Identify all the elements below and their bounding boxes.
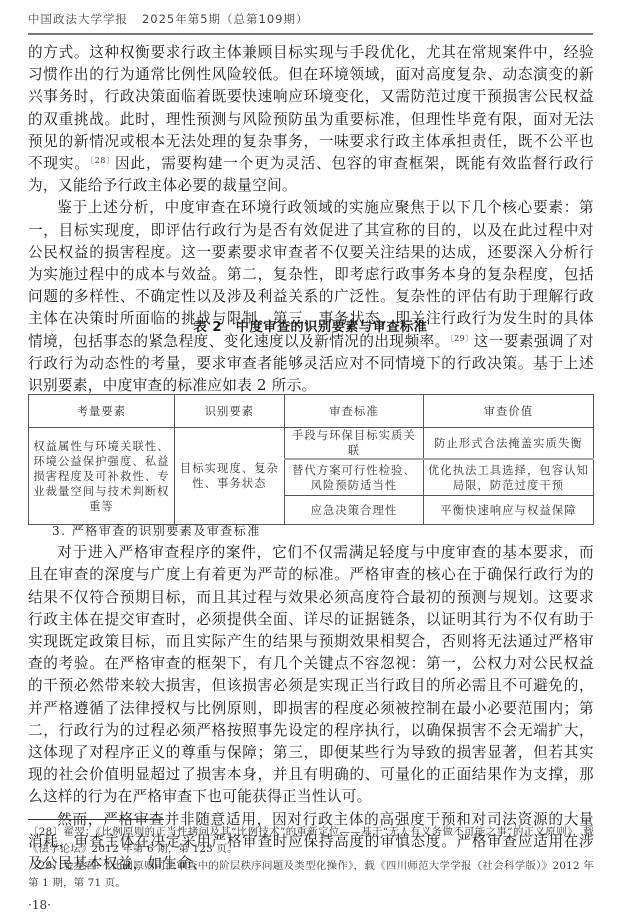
cell-consideration: 权益属性与环境关联性、环境公益保护强度、私益损害程度及可补救性、专业裁量空间与技…	[29, 428, 175, 525]
paragraph-2: 鉴于上述分析，中度审查在环境行政领域的实施应聚焦于以下几个核心要素：第一，目标实…	[28, 197, 594, 397]
paragraph-3: 对于进入严格审查程序的案件，它们不仅需满足轻度与中度审查的基本要求，而且在审查的…	[28, 542, 594, 808]
running-header: 中国政法大学学报 2025年第5期（总第109期）	[28, 11, 593, 33]
cell-value: 优化执法工具选择，包容认知局限，防范过度干预	[424, 459, 594, 496]
header-rule	[28, 33, 593, 35]
section-3: 3. 严格审查的识别要素及审查标准 对于进入严格审查程序的案件，它们不仅需满足轻…	[28, 520, 594, 875]
footnote-rule	[28, 819, 164, 820]
table-caption: 表 2 中度审查的识别要素与审查标准	[28, 316, 593, 335]
footnote-ref-28[interactable]: 〔28〕	[90, 156, 115, 165]
paragraph-1: 的方式。这种权衡要求行政主体兼顾目标实现与手段优化，尤其在常规案件中，经验习惯作…	[28, 42, 594, 197]
footnote-28: 〔28〕翟翌：《比例原则的正当性拷问及其“比例技术”的重新定位——基于“无人有义…	[28, 824, 594, 858]
cell-value: 防止形式合法掩盖实质失衡	[424, 428, 594, 460]
footnotes: 〔28〕翟翌：《比例原则的正当性拷问及其“比例技术”的重新定位——基于“无人有义…	[28, 824, 594, 892]
footnote-29: 〔29〕金龙君：《比例原则司法审查中的阶层秩序问题及类型化操作》，载《四川师范大…	[28, 858, 594, 892]
table-row: 权益属性与环境关联性、环境公益保护强度、私益损害程度及可补救性、专业裁量空间与技…	[29, 428, 594, 460]
header-consideration: 考量要素	[29, 395, 175, 428]
cell-identification: 目标实现度、复杂性、事务状态	[175, 428, 285, 525]
table-header-row: 考量要素 识别要素 审查标准 审查价值	[29, 395, 594, 428]
header-identification: 识别要素	[175, 395, 285, 428]
review-standards-table: 考量要素 识别要素 审查标准 审查价值 权益属性与环境关联性、环境公益保护强度、…	[28, 394, 594, 525]
header-value: 审查价值	[424, 395, 594, 428]
header-standard: 审查标准	[285, 395, 424, 428]
main-body: 的方式。这种权衡要求行政主体兼顾目标实现与手段优化，尤其在常规案件中，经验习惯作…	[28, 42, 594, 397]
cell-standard: 替代方案可行性检验、风险预防适当性	[285, 459, 424, 496]
section-heading: 3. 严格审查的识别要素及审查标准	[28, 520, 594, 542]
journal-name: 中国政法大学学报	[28, 12, 128, 26]
page-number: ·18·	[28, 898, 51, 912]
issue-info: 2025年第5期（总第109期）	[142, 12, 309, 26]
cell-standard: 手段与环保目标实质关联	[285, 428, 424, 460]
